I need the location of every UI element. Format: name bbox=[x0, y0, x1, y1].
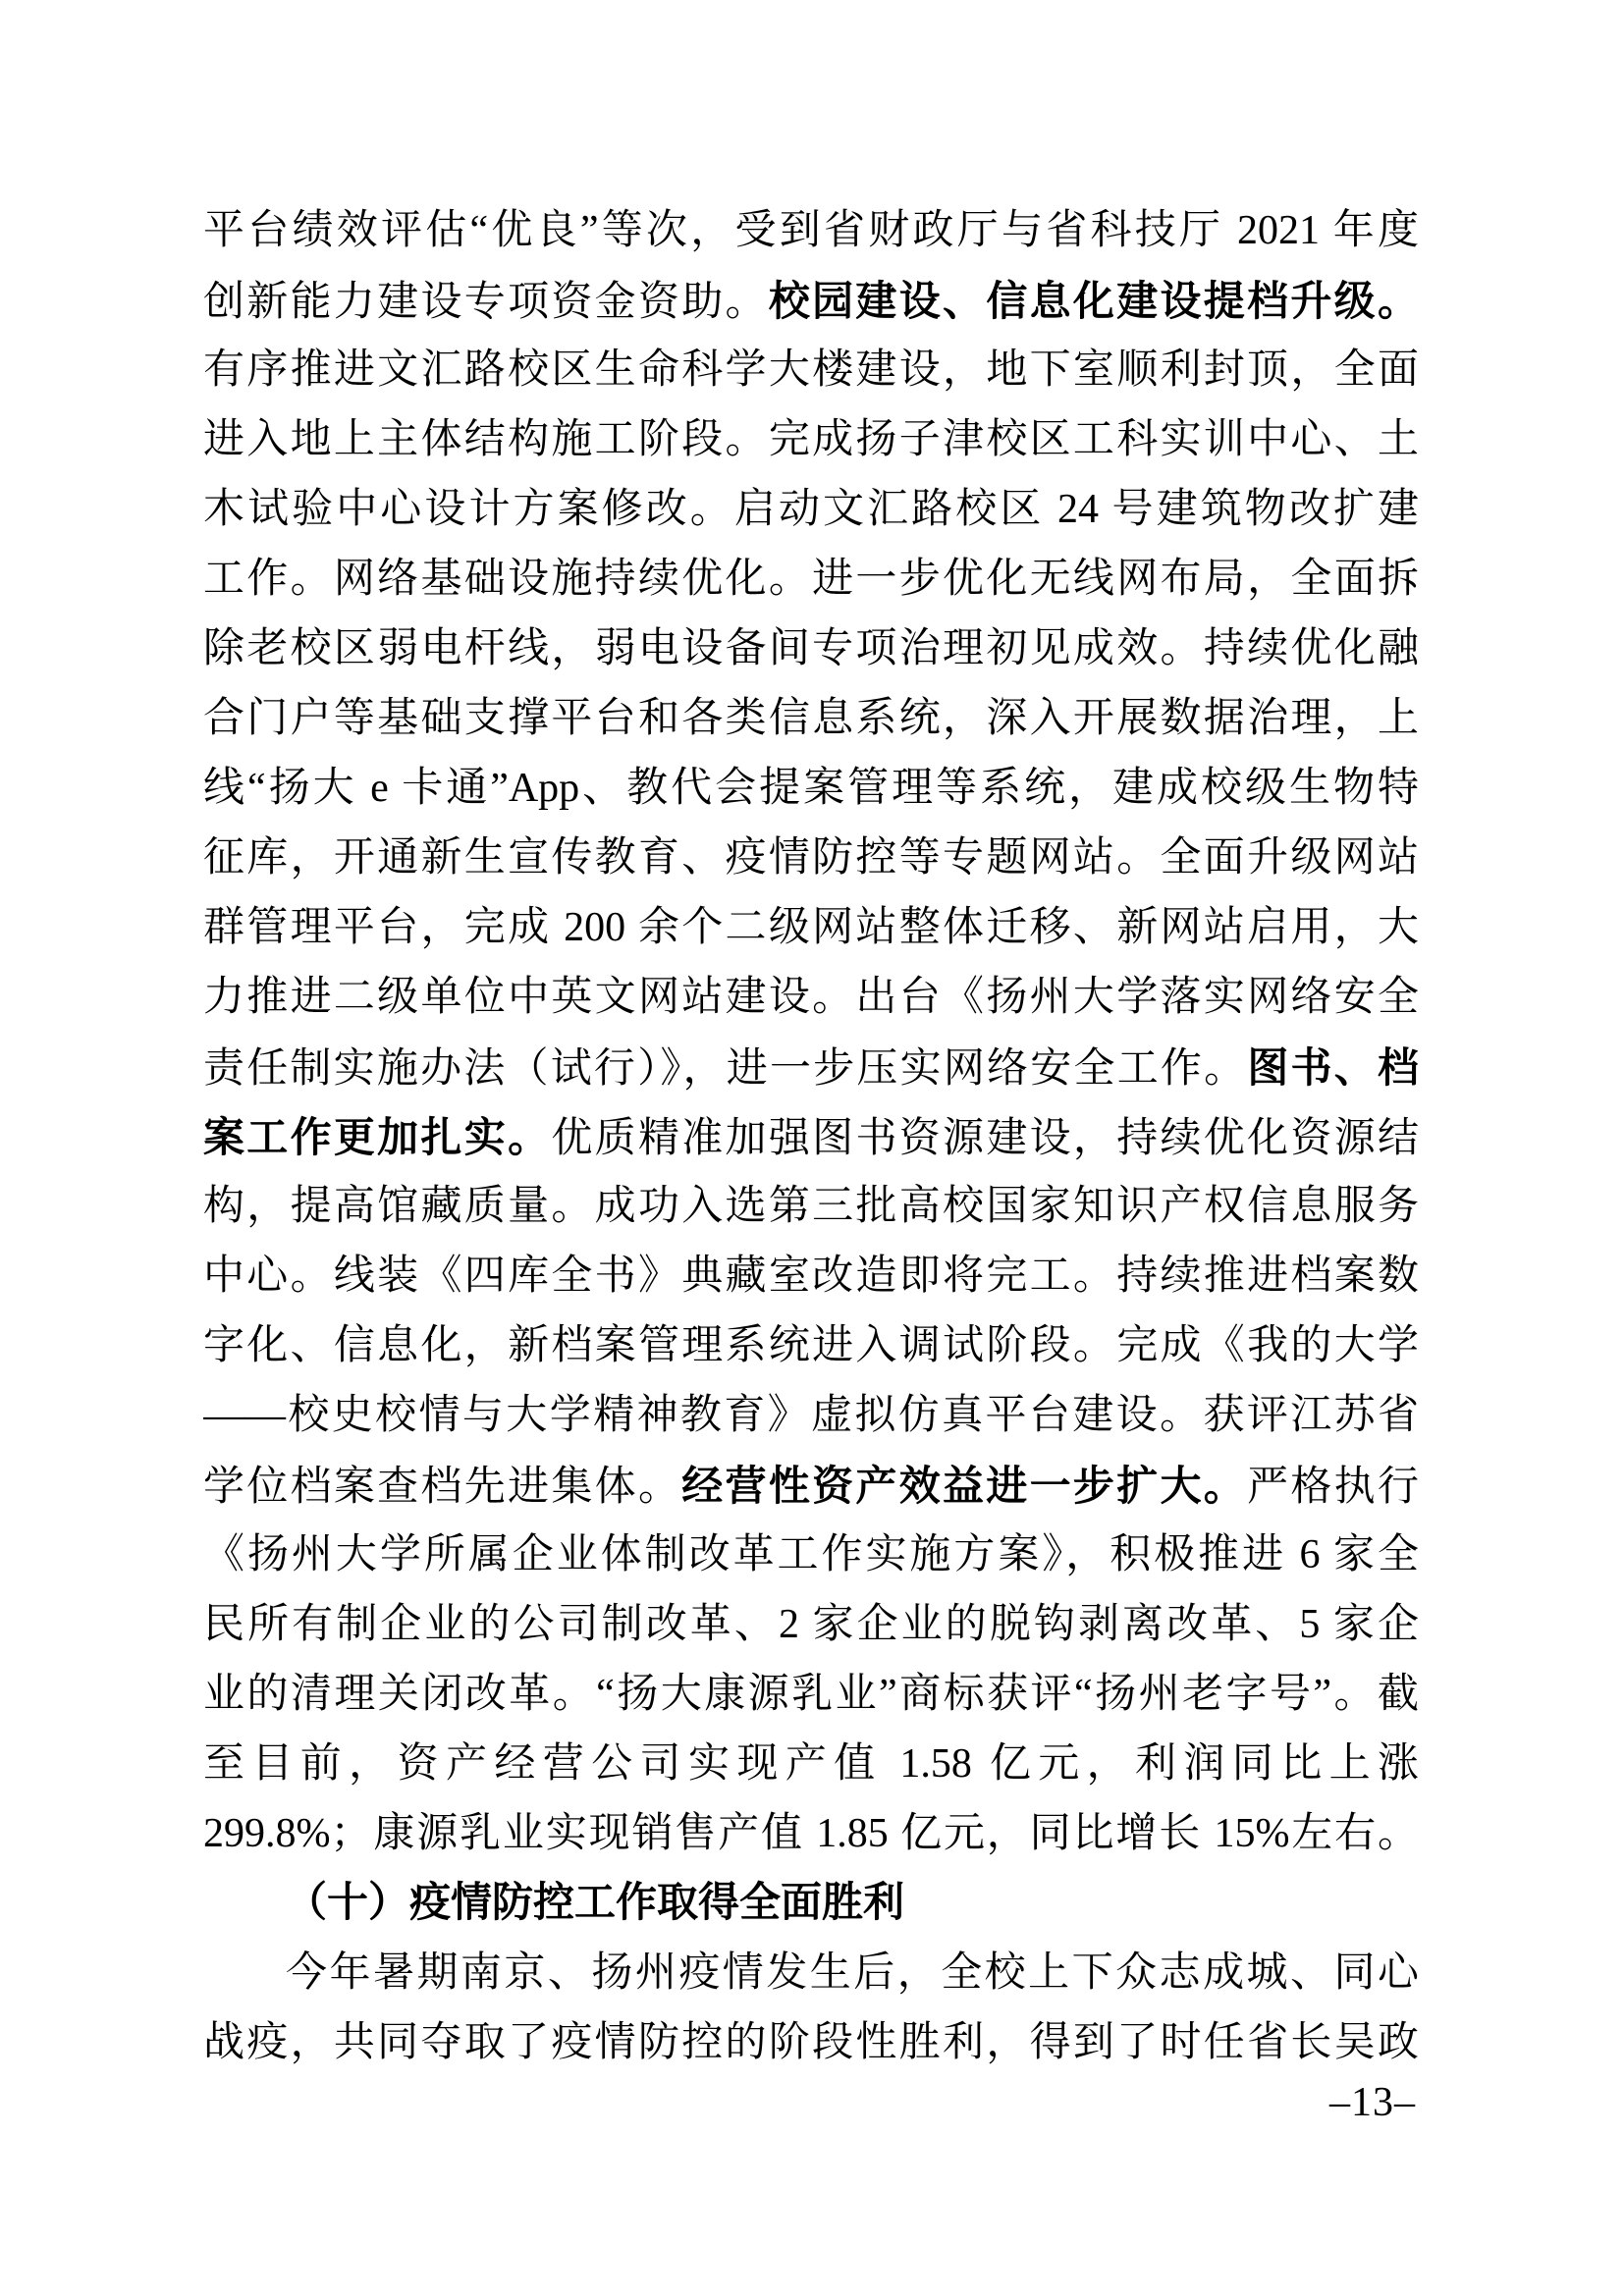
text-run: 299.8%；康源乳业实现销售产值 1.85 亿元，同比增长 15%左右。 bbox=[203, 1811, 1419, 1856]
text-run: 征库，开通新生宣传教育、疫情防控等专题网站。全面升级网站 bbox=[203, 835, 1419, 881]
text-run: 民所有制企业的公司制改革、2 家企业的脱钩剥离改革、5 家企 bbox=[203, 1602, 1419, 1647]
text-run: 至目前，资产经营公司实现产值 1.58 亿元，利润同比上涨 bbox=[203, 1741, 1419, 1787]
text-run: 责任制实施办法（试行）》，进一步压实网络安全工作。 bbox=[203, 1046, 1247, 1092]
text-line: 至目前，资产经营公司实现产值 1.58 亿元，利润同比上涨 bbox=[203, 1730, 1419, 1799]
text-run: 构，提高馆藏质量。成功入选第三批高校国家知识产权信息服务 bbox=[203, 1184, 1419, 1229]
text-line: 线“扬大 e 卡通”App、教代会提案管理等系统，建成校级生物特 bbox=[203, 754, 1419, 824]
text-run: 《扬州大学所属企业体制改革工作实施方案》，积极推进 6 家全 bbox=[203, 1532, 1419, 1577]
text-line: 今年暑期南京、扬州疫情发生后，全校上下众志成城、同心 bbox=[203, 1939, 1419, 2008]
text-run: 平台绩效评估“优良”等次，受到省财政厅与省科技厅 2021 年度 bbox=[203, 208, 1419, 253]
text-line: 构，提高馆藏质量。成功入选第三批高校国家知识产权信息服务 bbox=[203, 1172, 1419, 1242]
section-heading: （十）疫情防控工作取得全面胜利 bbox=[203, 1869, 1419, 1939]
text-line: 进入地上主体结构施工阶段。完成扬子津校区工科实训中心、土 bbox=[203, 405, 1419, 475]
text-run: 学位档案查档先进集体。 bbox=[203, 1465, 681, 1510]
text-run: 字化、信息化，新档案管理系统进入调试阶段。完成《我的大学 bbox=[203, 1323, 1419, 1368]
text-run: 合门户等基础支撑平台和各类信息系统，深入开展数据治理，上 bbox=[203, 696, 1419, 741]
text-line: ——校史校情与大学精神教育》虚拟仿真平台建设。获评江苏省 bbox=[203, 1381, 1419, 1451]
text-run: 群管理平台，完成 200 余个二级网站整体迁移、新网站启用，大 bbox=[203, 905, 1419, 950]
text-line: 中心。线装《四库全书》典藏室改造即将完工。持续推进档案数 bbox=[203, 1242, 1419, 1311]
text-run: 严格执行 bbox=[1247, 1465, 1419, 1510]
text-line: 业的清理关闭改革。“扬大康源乳业”商标获评“扬州老字号”。截 bbox=[203, 1660, 1419, 1730]
text-line: 平台绩效评估“优良”等次，受到省财政厅与省科技厅 2021 年度 bbox=[203, 196, 1419, 266]
text-line: 力推进二级单位中英文网站建设。出台《扬州大学落实网络安全 bbox=[203, 963, 1419, 1033]
text-run: 进入地上主体结构施工阶段。完成扬子津校区工科实训中心、土 bbox=[203, 417, 1419, 462]
body-text: 平台绩效评估“优良”等次，受到省财政厅与省科技厅 2021 年度创新能力建设专项… bbox=[203, 196, 1419, 2078]
text-line: 工作。网络基础设施持续优化。进一步优化无线网布局，全面拆 bbox=[203, 545, 1419, 614]
text-run: 线“扬大 e 卡通”App、教代会提案管理等系统，建成校级生物特 bbox=[203, 766, 1419, 811]
text-line: 民所有制企业的公司制改革、2 家企业的脱钩剥离改革、5 家企 bbox=[203, 1590, 1419, 1660]
text-line: 群管理平台，完成 200 余个二级网站整体迁移、新网站启用，大 bbox=[203, 893, 1419, 963]
text-run: ——校史校情与大学精神教育》虚拟仿真平台建设。获评江苏省 bbox=[203, 1393, 1419, 1438]
text-run: 业的清理关闭改革。“扬大康源乳业”商标获评“扬州老字号”。截 bbox=[203, 1672, 1419, 1717]
text-run: 除老校区弱电杆线，弱电设备间专项治理初见成效。持续优化融 bbox=[203, 626, 1419, 671]
text-line: 299.8%；康源乳业实现销售产值 1.85 亿元，同比增长 15%左右。 bbox=[203, 1799, 1419, 1869]
text-line: 《扬州大学所属企业体制改革工作实施方案》，积极推进 6 家全 bbox=[203, 1521, 1419, 1590]
text-run: 工作。网络基础设施持续优化。进一步优化无线网布局，全面拆 bbox=[203, 557, 1419, 602]
text-line: 学位档案查档先进集体。经营性资产效益进一步扩大。严格执行 bbox=[203, 1451, 1419, 1521]
text-line: 战疫，共同夺取了疫情防控的阶段性胜利，得到了时任省长吴政 bbox=[203, 2008, 1419, 2078]
text-run: 力推进二级单位中英文网站建设。出台《扬州大学落实网络安全 bbox=[203, 975, 1419, 1020]
text-line: 除老校区弱电杆线，弱电设备间专项治理初见成效。持续优化融 bbox=[203, 614, 1419, 684]
text-line: 字化、信息化，新档案管理系统进入调试阶段。完成《我的大学 bbox=[203, 1311, 1419, 1381]
text-run: 有序推进文汇路校区生命科学大楼建设，地下室顺利封顶，全面 bbox=[203, 347, 1419, 393]
text-line: 征库，开通新生宣传教育、疫情防控等专题网站。全面升级网站 bbox=[203, 824, 1419, 893]
text-run: 中心。线装《四库全书》典藏室改造即将完工。持续推进档案数 bbox=[203, 1254, 1419, 1299]
text-line: 有序推进文汇路校区生命科学大楼建设，地下室顺利封顶，全面 bbox=[203, 336, 1419, 405]
text-run: 木试验中心设计方案修改。启动文汇路校区 24 号建筑物改扩建 bbox=[203, 487, 1419, 532]
text-run: 优质精准加强图书资源建设，持续优化资源结 bbox=[551, 1116, 1419, 1161]
text-line: 责任制实施办法（试行）》，进一步压实网络安全工作。图书、档 bbox=[203, 1033, 1419, 1102]
emphasis-run: 经营性资产效益进一步扩大。 bbox=[681, 1463, 1247, 1509]
text-run: 战疫，共同夺取了疫情防控的阶段性胜利，得到了时任省长吴政 bbox=[203, 2020, 1419, 2065]
text-run: 今年暑期南京、扬州疫情发生后，全校上下众志成城、同心 bbox=[286, 1950, 1419, 1996]
text-run: 创新能力建设专项资金资助。 bbox=[203, 280, 769, 325]
emphasis-run: 校园建设、信息化建设提档升级。 bbox=[769, 278, 1419, 324]
text-line: 木试验中心设计方案修改。启动文汇路校区 24 号建筑物改扩建 bbox=[203, 475, 1419, 545]
text-line: 合门户等基础支撑平台和各类信息系统，深入开展数据治理，上 bbox=[203, 684, 1419, 754]
text-line: 创新能力建设专项资金资助。校园建设、信息化建设提档升级。 bbox=[203, 266, 1419, 336]
document-page: 平台绩效评估“优良”等次，受到省财政厅与省科技厅 2021 年度创新能力建设专项… bbox=[0, 0, 1624, 2296]
emphasis-run: 图书、档 bbox=[1247, 1044, 1419, 1091]
emphasis-run: 案工作更加扎实。 bbox=[203, 1114, 551, 1160]
text-run: （十）疫情防控工作取得全面胜利 bbox=[286, 1881, 904, 1926]
page-number: –13– bbox=[1329, 2079, 1416, 2126]
text-line: 案工作更加扎实。优质精准加强图书资源建设，持续优化资源结 bbox=[203, 1102, 1419, 1172]
